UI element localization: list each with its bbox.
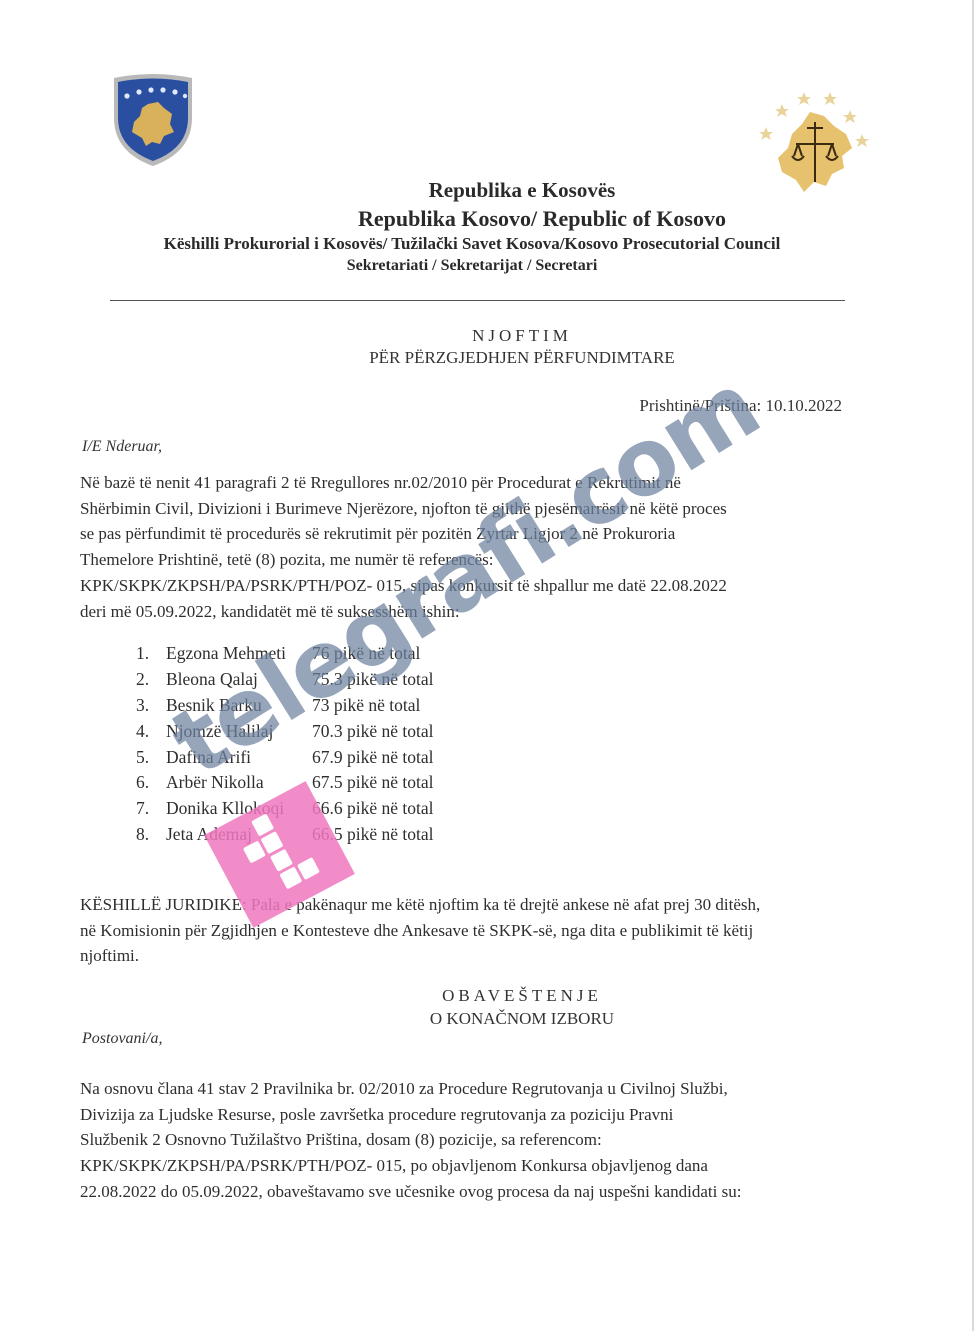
body-line: Divizija za Ljudske Resurse, posle završ… xyxy=(80,1102,850,1128)
legal-line: KËSHILLË JURIDIKE: Pala e pakënaqur me k… xyxy=(80,892,850,918)
salutation-albanian: I/E Nderuar, xyxy=(82,438,162,456)
legal-line: në Komisionin për Zgjidhjen e Kontesteve… xyxy=(80,918,850,944)
legal-line: njoftimi. xyxy=(80,943,850,969)
kosovo-coat-of-arms-icon xyxy=(108,70,198,170)
candidate-rank: 4. xyxy=(136,719,166,745)
notice-title-serbian: OBAVEŠTENJE xyxy=(32,986,980,1006)
notice-title: NJOFTIM xyxy=(32,326,980,346)
body-paragraph-serbian: Na osnovu člana 41 stav 2 Pravilnika br.… xyxy=(80,1076,850,1205)
notice-subtitle-serbian: O KONAČNOM IZBORU xyxy=(32,1009,980,1029)
body-line: Në bazë të nenit 41 paragrafi 2 të Rregu… xyxy=(80,470,850,496)
body-line: 22.08.2022 do 05.09.2022, obaveštavamo s… xyxy=(80,1179,850,1205)
candidate-rank: 6. xyxy=(136,770,166,796)
candidate-score: 66.6 pikë në total xyxy=(312,798,434,818)
body-line: KPK/SKPK/ZKPSH/PA/PSRK/PTH/POZ- 015, po … xyxy=(80,1153,850,1179)
header-council: Këshilli Prokurorial i Kosovës/ Tužilačk… xyxy=(0,234,962,254)
header-country-albanian: Republika e Kosovës xyxy=(32,178,980,203)
candidate-rank: 2. xyxy=(136,667,166,693)
header-secretariat: Sekretariati / Sekretarijat / Secretari xyxy=(0,257,962,275)
candidate-rank: 8. xyxy=(136,822,166,848)
body-line: Službenik 2 Osnovno Tužilaštvo Priština,… xyxy=(80,1127,850,1153)
candidate-score: 67.5 pikë në total xyxy=(312,772,434,792)
candidate-score: 70.3 pikë në total xyxy=(312,721,434,741)
candidate-rank: 7. xyxy=(136,796,166,822)
body-line: Na osnovu člana 41 stav 2 Pravilnika br.… xyxy=(80,1076,850,1102)
candidate-rank: 1. xyxy=(136,641,166,667)
candidate-score: 67.9 pikë në total xyxy=(312,747,434,767)
salutation-serbian: Postovani/a, xyxy=(82,1030,162,1048)
header-divider xyxy=(110,300,845,301)
notice-subtitle: PËR PËRZGJEDHJEN PËRFUNDIMTARE xyxy=(32,348,980,368)
legal-advice-paragraph: KËSHILLË JURIDIKE: Pala e pakënaqur me k… xyxy=(80,892,850,969)
header-country-multilingual: Republika Kosovo/ Republic of Kosovo xyxy=(52,206,980,232)
candidate-rank: 5. xyxy=(136,745,166,771)
